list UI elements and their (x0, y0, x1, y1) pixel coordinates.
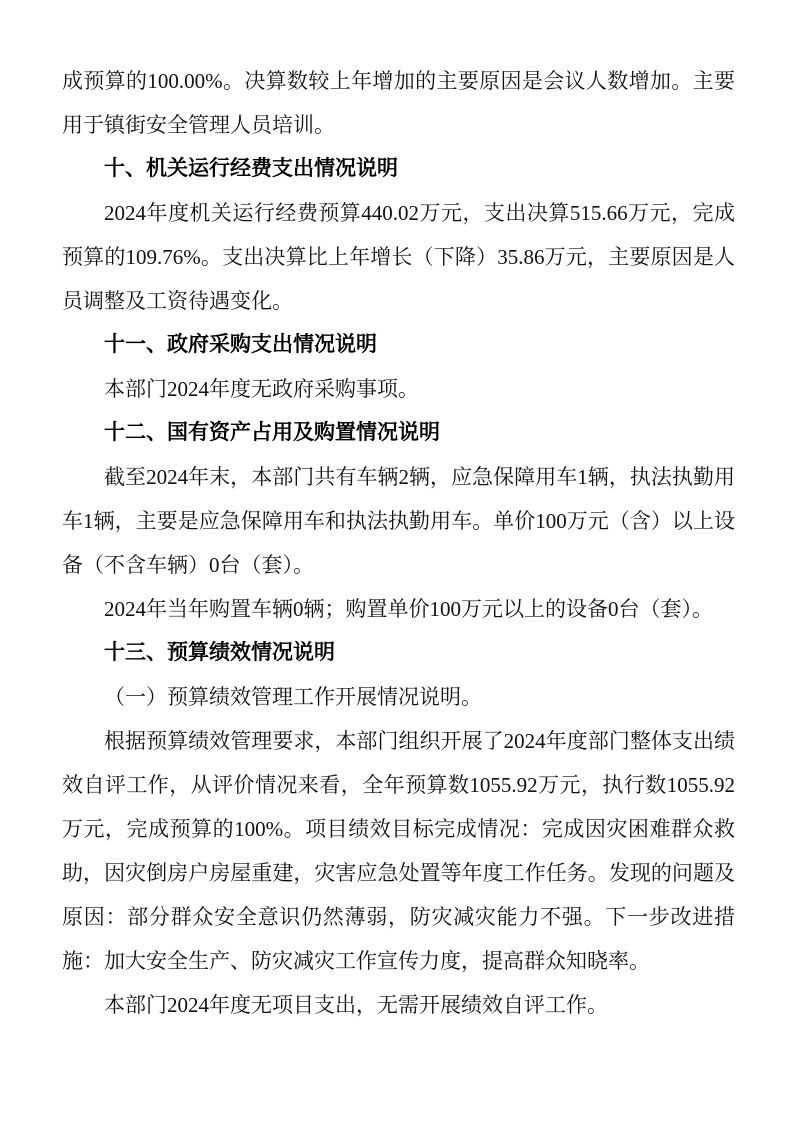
paragraph-section-13-no-project-expenditure: 本部门2024年度无项目支出，无需开展绩效自评工作。 (62, 983, 735, 1027)
paragraph-section-11-government-procurement: 本部门2024年度无政府采购事项。 (62, 367, 735, 411)
heading-section-13-budget-performance: 十三、预算绩效情况说明 (62, 631, 735, 675)
heading-section-10-agency-operating-expense: 十、机关运行经费支出情况说明 (62, 147, 735, 191)
paragraph-section-12-current-year-purchases: 2024年当年购置车辆0辆；购置单价100万元以上的设备0台（套）。 (62, 587, 735, 631)
paragraph-section-13-subheading-1: （一）预算绩效管理工作开展情况说明。 (62, 675, 735, 719)
paragraph-section-13-self-evaluation-details: 根据预算绩效管理要求，本部门组织开展了2024年度部门整体支出绩效自评工作，从评… (62, 719, 735, 983)
paragraph-meeting-expense-continuation: 成预算的100.00%。决算数较上年增加的主要原因是会议人数增加。主要用于镇街安… (62, 59, 735, 147)
heading-section-12-state-owned-assets: 十二、国有资产占用及购置情况说明 (62, 411, 735, 455)
paragraph-section-12-vehicles-and-equipment: 截至2024年末，本部门共有车辆2辆，应急保障用车1辆，执法执勤用车1辆，主要是… (62, 455, 735, 587)
document-page: 成预算的100.00%。决算数较上年增加的主要原因是会议人数增加。主要用于镇街安… (0, 0, 793, 1122)
paragraph-section-10-agency-operating-expense: 2024年度机关运行经费预算440.02万元，支出决算515.66万元，完成预算… (62, 191, 735, 323)
heading-section-11-government-procurement: 十一、政府采购支出情况说明 (62, 323, 735, 367)
